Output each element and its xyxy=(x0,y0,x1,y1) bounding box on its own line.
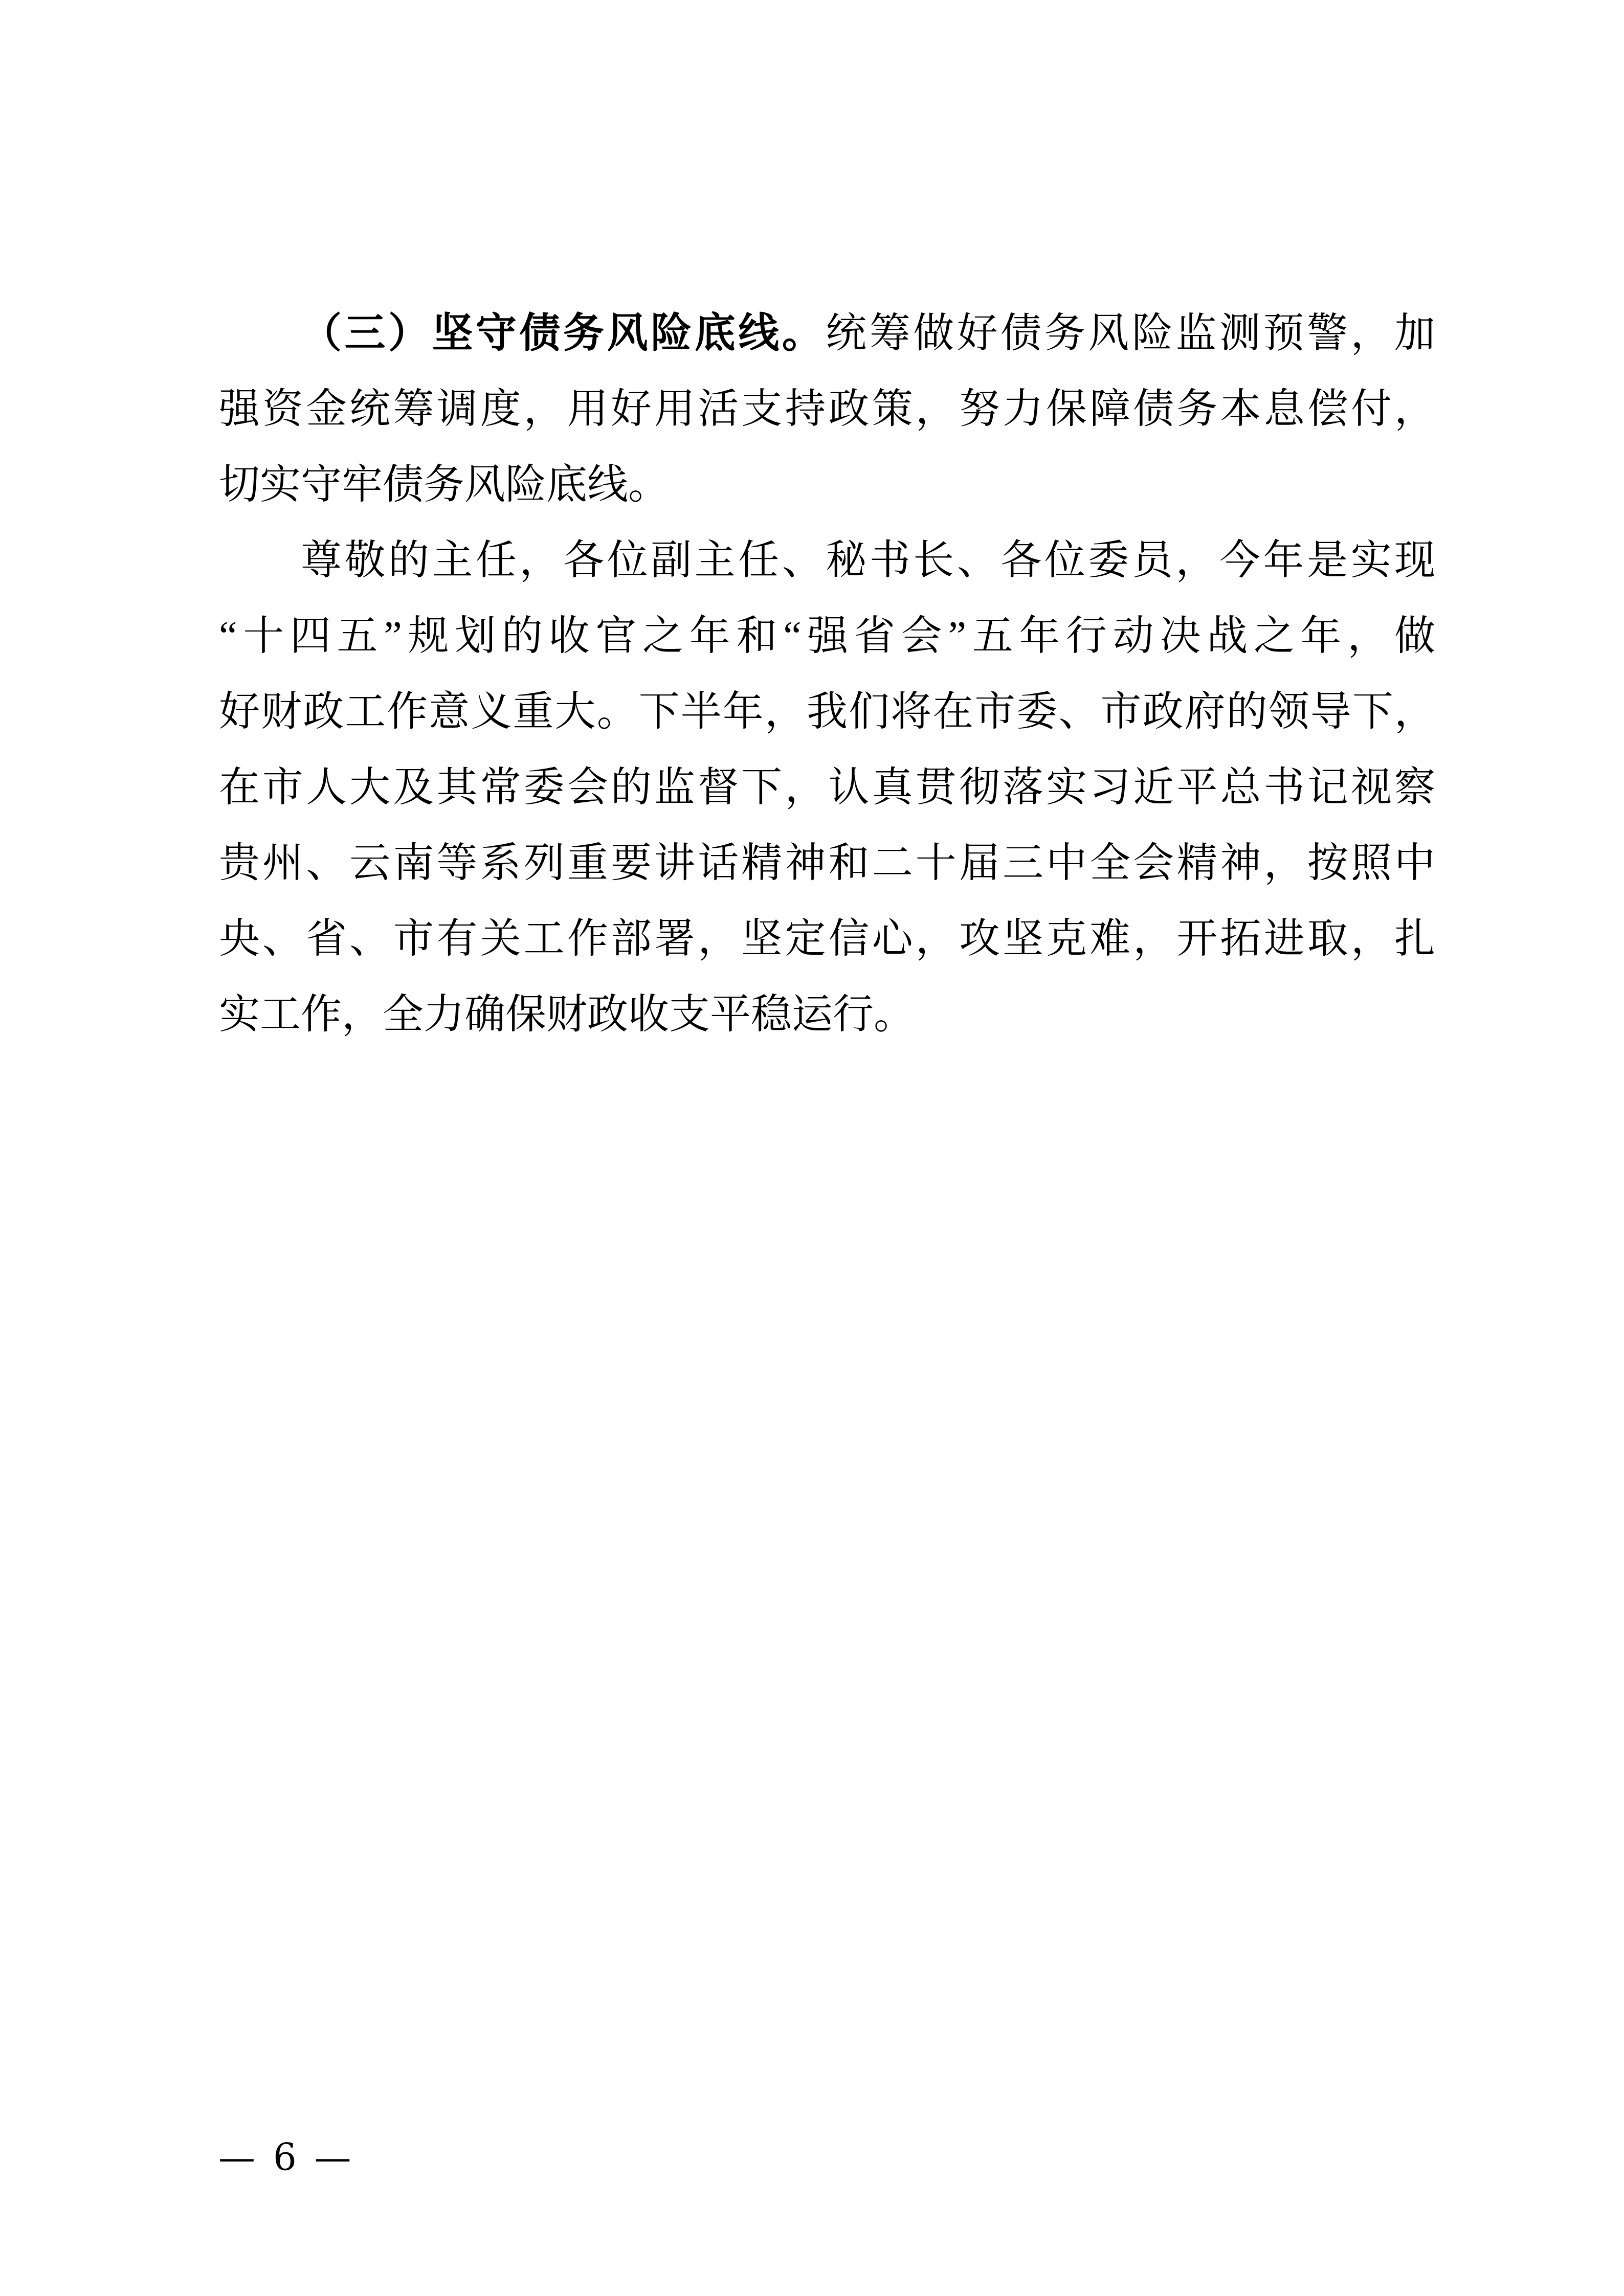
page-number: — 6 — xyxy=(218,2139,351,2176)
para-4-line-3: 好财政工作意义重大。下半年，我们将在市委、市政府的领导下， xyxy=(219,674,1435,750)
page-number-text: — 6 — xyxy=(218,2136,351,2179)
para-3-line-1-text: 统筹做好债务风险监测预警，加 xyxy=(826,311,1435,356)
document-body: （三）坚守债务风险底线。统筹做好债务风险监测预警，加 强资金统筹调度，用好用活支… xyxy=(219,296,1435,1052)
document-page: （三）坚守债务风险底线。统筹做好债务风险监测预警，加 强资金统筹调度，用好用活支… xyxy=(0,0,1624,2296)
para-3-line-2: 强资金统筹调度，用好用活支持政策，努力保障债务本息偿付， xyxy=(219,371,1435,447)
para-3-line-3: 切实守牢债务风险底线。 xyxy=(219,447,1435,523)
para-4-line-2: “十四五”规划的收官之年和“强省会”五年行动决战之年，做 xyxy=(219,598,1435,674)
para-4-line-4: 在市人大及其常委会的监督下，认真贯彻落实习近平总书记视察 xyxy=(219,750,1435,825)
para-4-line-7: 实工作，全力确保财政收支平稳运行。 xyxy=(219,977,1435,1052)
para-4-line-1: 尊敬的主任，各位副主任、秘书长、各位委员，今年是实现 xyxy=(219,523,1435,598)
para-4-line-5: 贵州、云南等系列重要讲话精神和二十届三中全会精神，按照中 xyxy=(219,825,1435,901)
para-4-line-6: 央、省、市有关工作部署，坚定信心，攻坚克难，开拓进取，扎 xyxy=(219,901,1435,977)
section-3-heading: （三）坚守债务风险底线。 xyxy=(301,311,826,356)
para-3-line-1: （三）坚守债务风险底线。统筹做好债务风险监测预警，加 xyxy=(219,296,1435,371)
